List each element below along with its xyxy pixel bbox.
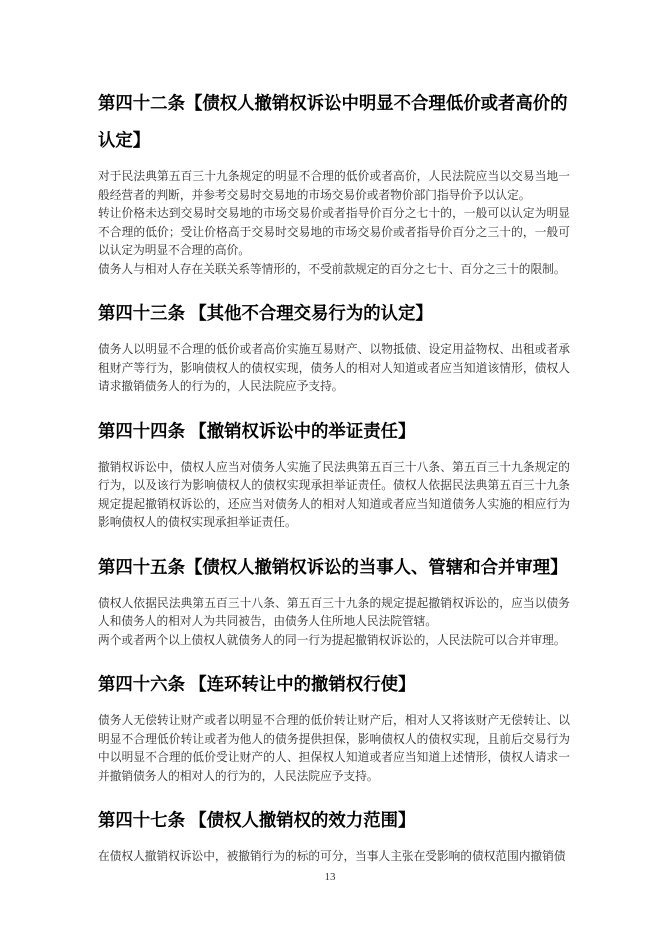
article-42-paragraph-3: 债务人与相对人存在关联关系等情形的，不受前款规定的百分之七十、百分之三十的限制。 xyxy=(98,261,570,280)
article-45-heading: 第四十五条【债权人撤销权诉讼的当事人、管辖和合并审理】 xyxy=(98,549,570,586)
article-42-heading: 第四十二条【债权人撤销权诉讼中明显不合理低价或者高价的认定】 xyxy=(98,85,570,159)
article-section-43: 第四十三条 【其他不合理交易行为的认定】 债务人以明显不合理的低价或者高价实施互… xyxy=(98,295,570,397)
article-45-paragraph-1: 债权人依据民法典第五百三十八条、第五百三十九条的规定提起撤销权诉讼的，应当以债务… xyxy=(98,595,570,632)
article-section-47: 第四十七条 【债权人撤销权的效力范围】 在债权人撤销权诉讼中，被撤销行为的标的可… xyxy=(98,802,570,867)
article-47-heading: 第四十七条 【债权人撤销权的效力范围】 xyxy=(98,802,570,839)
article-section-44: 第四十四条 【撤销权诉讼中的举证责任】 撤销权诉讼中，债权人应当对债务人实施了民… xyxy=(98,413,570,533)
document-page: 第四十二条【债权人撤销权诉讼中明显不合理低价或者高价的认定】 对于民法典第五百三… xyxy=(0,0,660,933)
page-number: 13 xyxy=(0,871,660,883)
article-42-paragraph-2: 转让价格未达到交易时交易地的市场交易价或者指导价百分之七十的，一般可以认定为明显… xyxy=(98,205,570,261)
article-43-paragraph-1: 债务人以明显不合理的低价或者高价实施互易财产、以物抵债、设定用益物权、出租或者承… xyxy=(98,341,570,397)
article-43-heading: 第四十三条 【其他不合理交易行为的认定】 xyxy=(98,295,570,332)
article-46-heading: 第四十六条 【连环转让中的撤销权行使】 xyxy=(98,666,570,703)
article-46-paragraph-1: 债务人无偿转让财产或者以明显不合理的低价转让财产后，相对人又将该财产无偿转让、以… xyxy=(98,712,570,786)
article-section-42: 第四十二条【债权人撤销权诉讼中明显不合理低价或者高价的认定】 对于民法典第五百三… xyxy=(98,85,570,279)
article-42-paragraph-1: 对于民法典第五百三十九条规定的明显不合理的低价或者高价，人民法院应当以交易当地一… xyxy=(98,168,570,205)
article-section-45: 第四十五条【债权人撤销权诉讼的当事人、管辖和合并审理】 债权人依据民法典第五百三… xyxy=(98,549,570,651)
article-44-paragraph-1: 撤销权诉讼中，债权人应当对债务人实施了民法典第五百三十八条、第五百三十九条规定的… xyxy=(98,459,570,533)
article-44-heading: 第四十四条 【撤销权诉讼中的举证责任】 xyxy=(98,413,570,450)
article-47-paragraph-1: 在债权人撤销权诉讼中，被撤销行为的标的可分，当事人主张在受影响的债权范围内撤销债 xyxy=(98,848,570,867)
article-section-46: 第四十六条 【连环转让中的撤销权行使】 债务人无偿转让财产或者以明显不合理的低价… xyxy=(98,666,570,786)
article-45-paragraph-2: 两个或者两个以上债权人就债务人的同一行为提起撤销权诉讼的，人民法院可以合并审理。 xyxy=(98,632,570,651)
